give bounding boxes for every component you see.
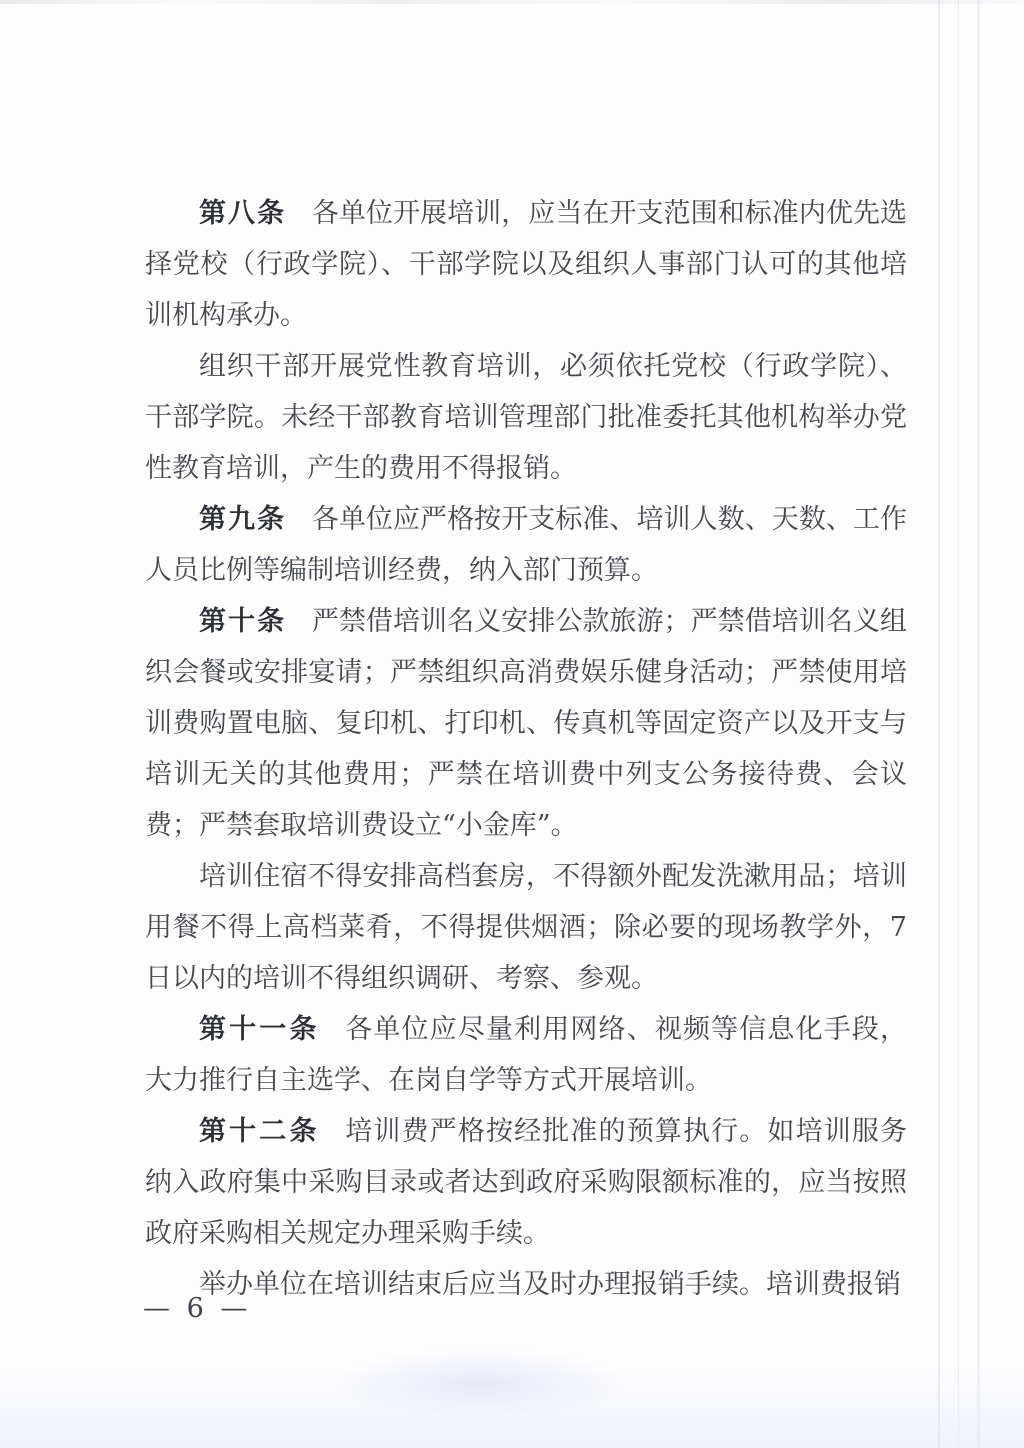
scan-streak-artifact (958, 0, 959, 1448)
paragraph-article-11: 第十一条各单位应尽量利用网络、视频等信息化手段，大力推行自主选学、在岗自学等方式… (145, 1004, 907, 1106)
paragraph: 举办单位在培训结束后应当及时办理报销手续。培训费报销 (145, 1259, 907, 1310)
scan-streak-artifact (977, 0, 980, 1448)
page-number: — 6 — (143, 1292, 251, 1326)
paragraph-text: 组织干部开展党性教育培训，必须依托党校（行政学院）、干部学院。未经干部教育培训管… (145, 351, 907, 484)
paragraph-article-9: 第九条各单位应严格按开支标准、培训人数、天数、工作人员比例等编制培训经费，纳入部… (145, 494, 907, 596)
paragraph-article-10: 第十条严禁借培训名义安排公款旅游；严禁借培训名义组织会餐或安排宴请；严禁组织高消… (145, 596, 907, 851)
article-number: 第九条 (199, 504, 286, 535)
scan-streak-artifact (938, 0, 940, 1448)
article-number: 第八条 (199, 198, 286, 229)
paragraph-article-8: 第八条各单位开展培训，应当在开支范围和标准内优先选择党校（行政学院）、干部学院以… (145, 188, 907, 341)
paragraph-text: 严禁借培训名义安排公款旅游；严禁借培训名义组织会餐或安排宴请；严禁组织高消费娱乐… (145, 606, 907, 841)
paragraph-text: 培训住宿不得安排高档套房，不得额外配发洗漱用品；培训用餐不得上高档菜肴，不得提供… (145, 861, 907, 994)
scan-top-edge-artifact (0, 0, 1024, 4)
article-number: 第十一条 (199, 1014, 320, 1045)
article-number: 第十条 (199, 606, 286, 637)
article-number: 第十二条 (199, 1116, 320, 1147)
paragraph-article-12: 第十二条培训费严格按经批准的预算执行。如培训服务纳入政府集中采购目录或者达到政府… (145, 1106, 907, 1259)
paragraph-text: 举办单位在培训结束后应当及时办理报销手续。培训费报销 (199, 1269, 901, 1300)
paragraph: 培训住宿不得安排高档套房，不得额外配发洗漱用品；培训用餐不得上高档菜肴，不得提供… (145, 851, 907, 1004)
paragraph: 组织干部开展党性教育培训，必须依托党校（行政学院）、干部学院。未经干部教育培训管… (145, 341, 907, 494)
scanned-document-page: 第八条各单位开展培训，应当在开支范围和标准内优先选择党校（行政学院）、干部学院以… (0, 0, 1024, 1448)
document-body: 第八条各单位开展培训，应当在开支范围和标准内优先选择党校（行政学院）、干部学院以… (145, 188, 907, 1310)
scan-smudge-artifact (330, 1348, 630, 1418)
